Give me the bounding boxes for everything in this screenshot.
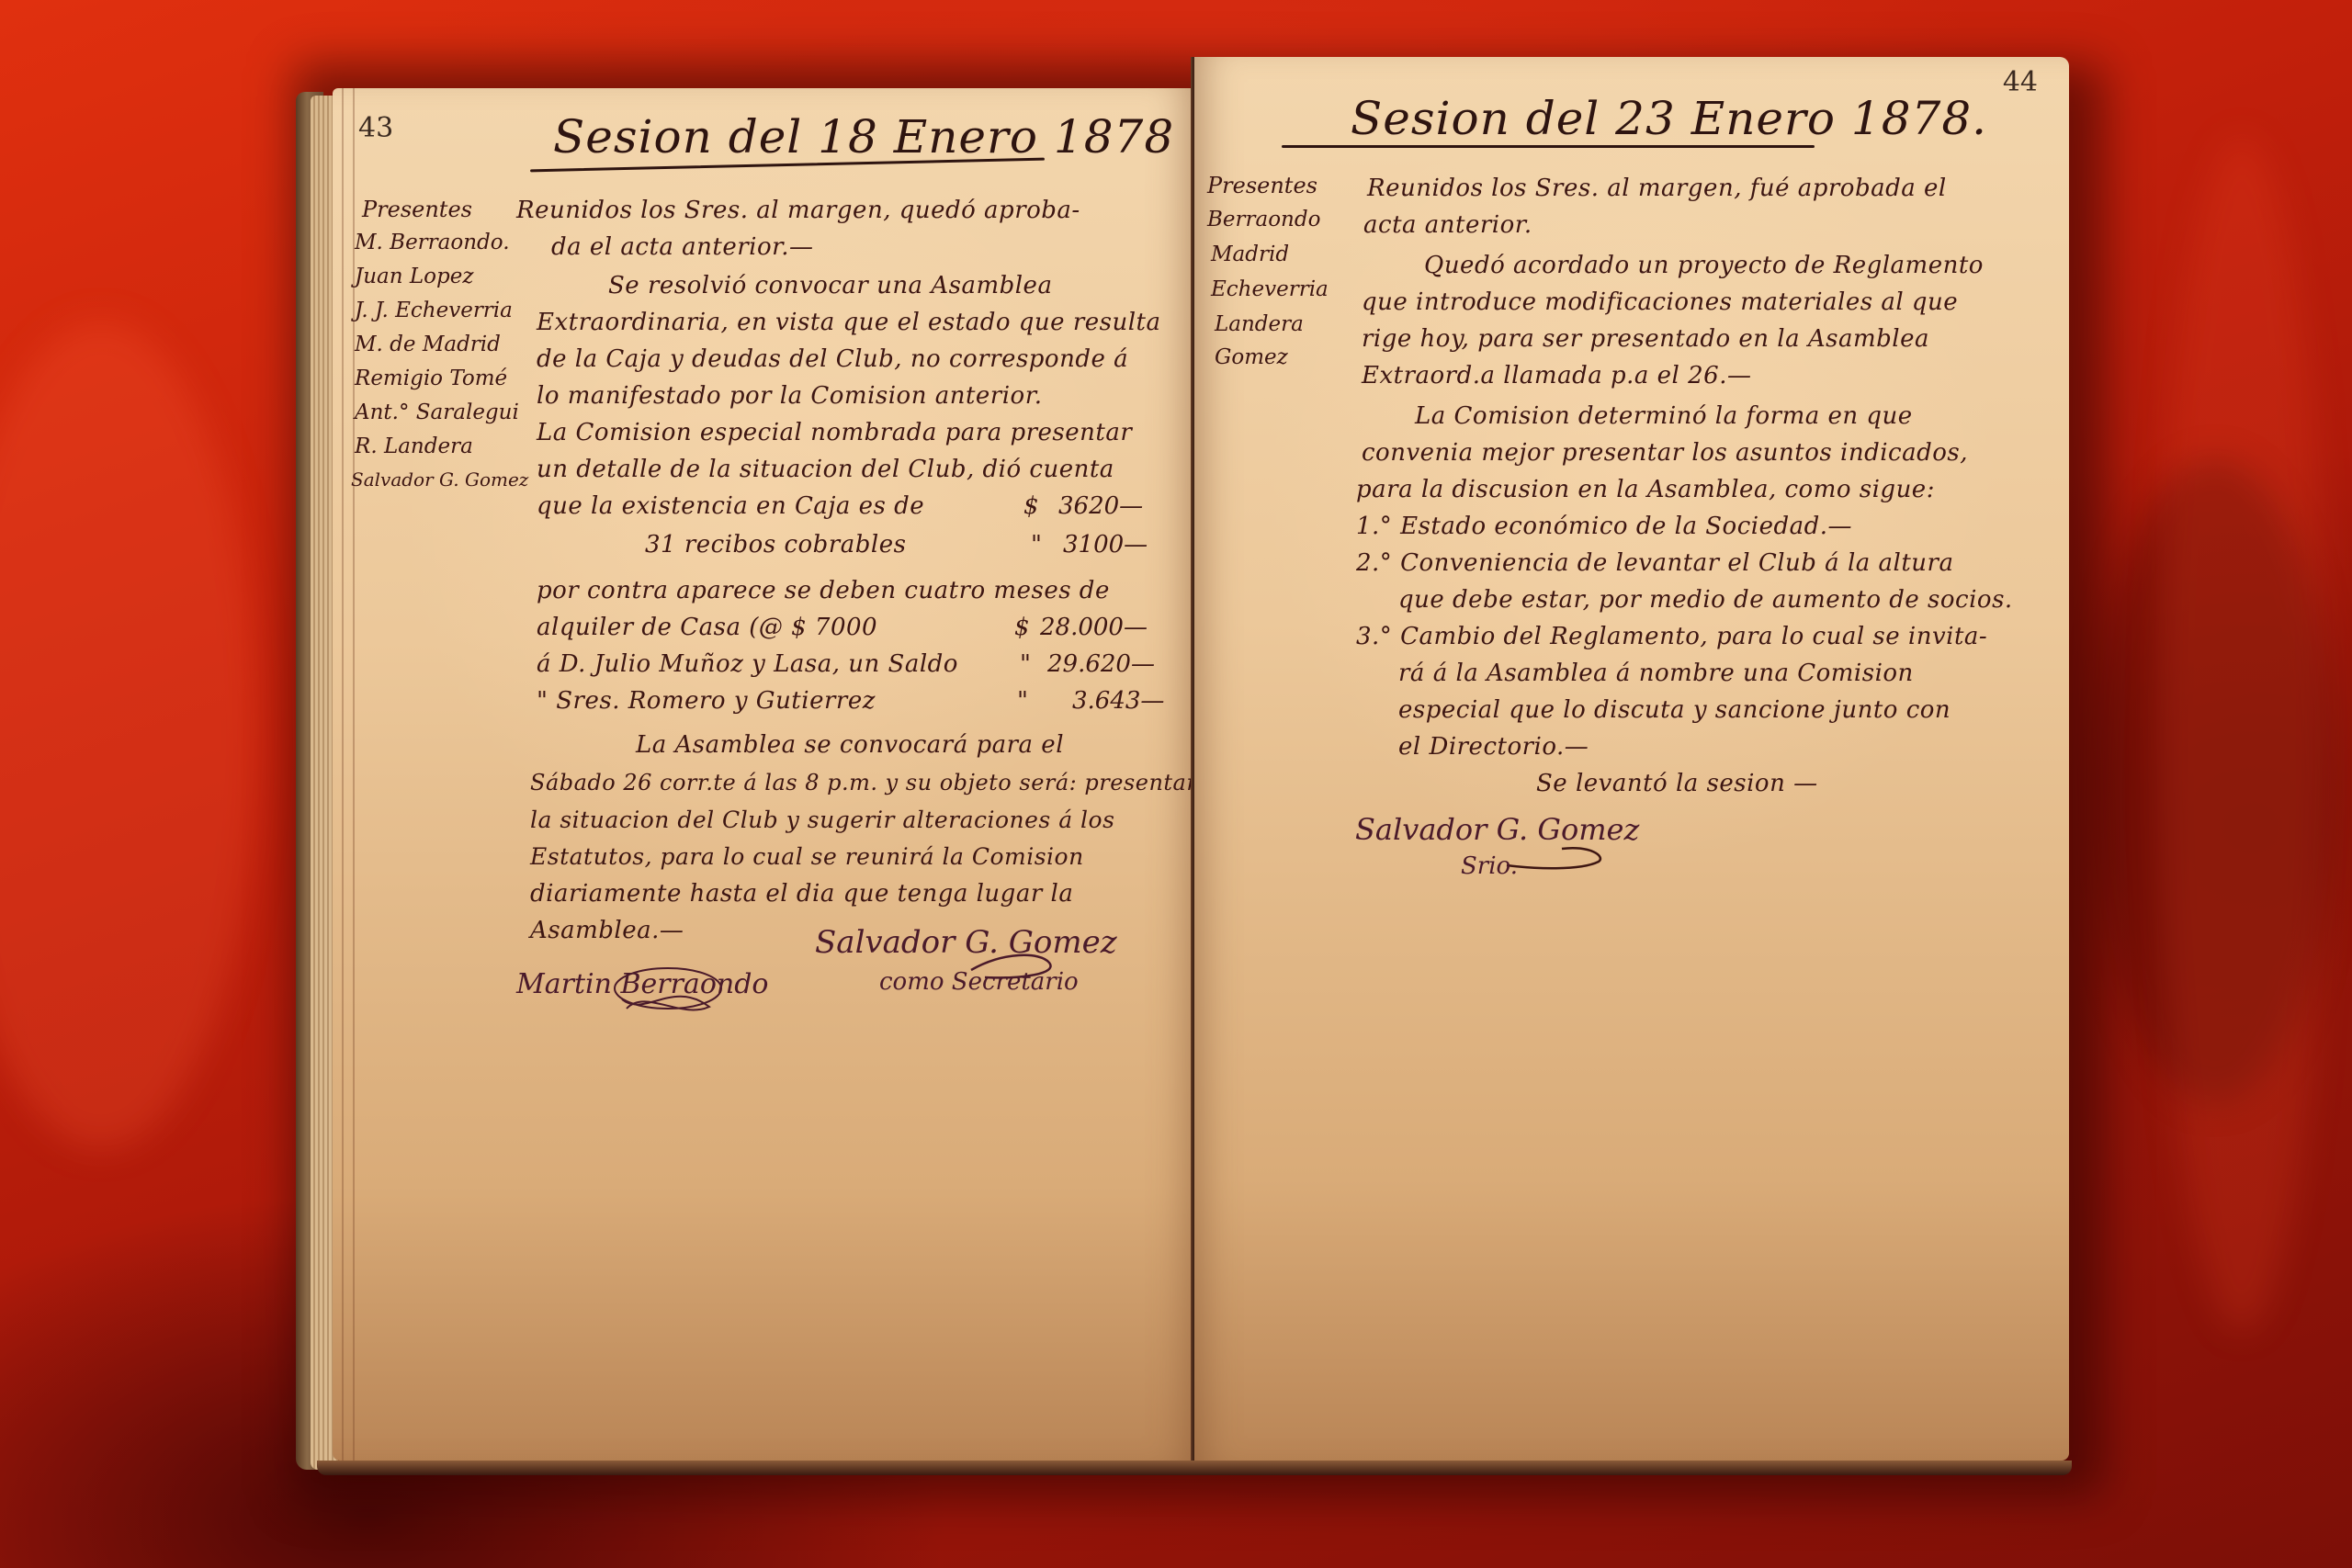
- ledger-currency: ": [1017, 687, 1028, 715]
- attendee-name: Salvador G. Gomez: [351, 468, 528, 491]
- signature-flourish: [608, 961, 728, 1025]
- agenda-item: 3.° Cambio del Reglamento, para lo cual …: [1356, 623, 1987, 650]
- ledger-amount: 3620—: [1058, 492, 1143, 520]
- agenda-item-continued: que debe estar, por medio de aumento de …: [1398, 586, 2013, 614]
- minutes-line: la situacion del Club y sugerir alteraci…: [530, 807, 1114, 833]
- attendee-name: J. J. Echeverria: [355, 299, 513, 322]
- ledger-currency: $: [1023, 492, 1039, 520]
- minutes-line: da el acta anterior.—: [551, 233, 813, 261]
- secretary-title: Srio.: [1461, 852, 1518, 880]
- ledger-currency: $: [1014, 614, 1030, 641]
- attendee-name: R. Landera: [355, 434, 473, 458]
- ledger-label: que la existencia en Caja es de: [537, 492, 924, 520]
- minutes-line: Reunidos los Sres. al margen, quedó apro…: [516, 197, 1080, 224]
- attendee-name: Berraondo: [1207, 208, 1320, 231]
- minutes-line: Sábado 26 corr.te á las 8 p.m. y su obje…: [530, 770, 1197, 795]
- minutes-line: La Comision determinó la forma en que: [1415, 402, 1913, 430]
- ledger-amount: 29.620—: [1047, 650, 1155, 678]
- minutes-line: que introduce modificaciones materiales …: [1362, 288, 1958, 316]
- ledger-amount: 3100—: [1063, 531, 1148, 558]
- minutes-line: Reunidos los Sres. al margen, fué aproba…: [1367, 175, 1947, 202]
- page-number: 44: [2003, 66, 2038, 98]
- minutes-line: La Comision especial nombrada para prese…: [537, 419, 1132, 446]
- ledger-label: á D. Julio Muñoz y Lasa, un Saldo: [537, 650, 958, 678]
- attendee-name: M. de Madrid: [355, 333, 501, 356]
- ledger-label: 31 recibos cobrables: [645, 531, 906, 558]
- minutes-line: diariamente hasta el dia que tenga lugar…: [530, 880, 1073, 908]
- agenda-item-continued: el Directorio.—: [1398, 733, 1589, 761]
- cloth-fold-highlight: [2159, 138, 2324, 1332]
- ledger-amount: 28.000—: [1040, 614, 1148, 641]
- session-heading: Sesion del 23 Enero 1878.: [1351, 92, 1987, 145]
- left-page: 43 Sesion del 18 Enero 1878 Presentes M.…: [333, 88, 1194, 1461]
- agenda-item: 2.° Conveniencia de levantar el Club á l…: [1356, 549, 1953, 577]
- ledger-label: alquiler de Casa (@ $ 7000: [537, 614, 877, 641]
- secretary-title: como Secretario: [879, 968, 1079, 996]
- minutes-line: La Asamblea se convocará para el: [636, 731, 1064, 759]
- attendee-name: Ant.° Saralegui: [355, 400, 519, 424]
- minutes-line: Asamblea.—: [530, 917, 684, 944]
- minutes-line: Extraordinaria, en vista que el estado q…: [537, 309, 1161, 336]
- attendee-name: Madrid: [1211, 243, 1289, 266]
- right-page: 44 Sesion del 23 Enero 1878. Presentes B…: [1194, 57, 2069, 1461]
- book-bottom-edge: [317, 1461, 2072, 1475]
- minutes-line: de la Caja y deudas del Club, no corresp…: [537, 345, 1128, 373]
- heading-underline: [1282, 145, 1815, 148]
- margin-rule: [353, 88, 355, 1461]
- minutes-line: acta anterior.: [1363, 211, 1532, 239]
- minutes-line: Se resolvió convocar una Asamblea: [608, 272, 1052, 299]
- attendee-name: M. Berraondo.: [355, 231, 510, 254]
- agenda-item-continued: especial que lo discuta y sancione junto…: [1398, 696, 1951, 724]
- minutes-line: rige hoy, para ser presentado en la Asam…: [1362, 325, 1929, 353]
- margin-rule: [342, 88, 344, 1461]
- session-closing: Se levantó la sesion —: [1536, 770, 1818, 797]
- attendee-name: Gomez: [1215, 345, 1288, 369]
- minutes-line: Extraord.a llamada p.a el 26.—: [1362, 362, 1751, 389]
- agenda-item: 1.° Estado económico de la Sociedad.—: [1356, 513, 1852, 540]
- session-heading: Sesion del 18 Enero 1878: [553, 110, 1174, 164]
- minutes-line: Estatutos, para lo cual se reunirá la Co…: [530, 843, 1084, 870]
- attendees-label: Presentes: [362, 197, 472, 222]
- ledger-label: por contra aparece se deben cuatro meses…: [537, 577, 1110, 604]
- minutes-line: convenia mejor presentar los asuntos ind…: [1362, 439, 1968, 467]
- minutes-line: Quedó acordado un proyecto de Reglamento: [1424, 252, 1984, 279]
- agenda-item-continued: rá á la Asamblea á nombre una Comision: [1398, 660, 1914, 687]
- ledger-label: " Sres. Romero y Gutierrez: [537, 687, 876, 715]
- attendee-name: Landera: [1215, 312, 1304, 336]
- attendee-name: Juan Lopez: [355, 265, 473, 288]
- cloth-fold-highlight: [0, 321, 257, 1148]
- page-number: 43: [358, 112, 393, 144]
- attendee-name: Remigio Tomé: [355, 367, 507, 390]
- minutes-line: lo manifestado por la Comision anterior.: [537, 382, 1043, 410]
- attendees-label: Presentes: [1207, 173, 1317, 198]
- attendee-name: Echeverria: [1211, 277, 1329, 301]
- ledger-amount: 3.643—: [1072, 687, 1164, 715]
- ledger-currency: ": [1031, 531, 1042, 558]
- minutes-line: para la discusion en la Asamblea, como s…: [1356, 476, 1935, 503]
- ledger-currency: ": [1020, 650, 1031, 678]
- minutes-line: un detalle de la situacion del Club, dió…: [537, 456, 1114, 483]
